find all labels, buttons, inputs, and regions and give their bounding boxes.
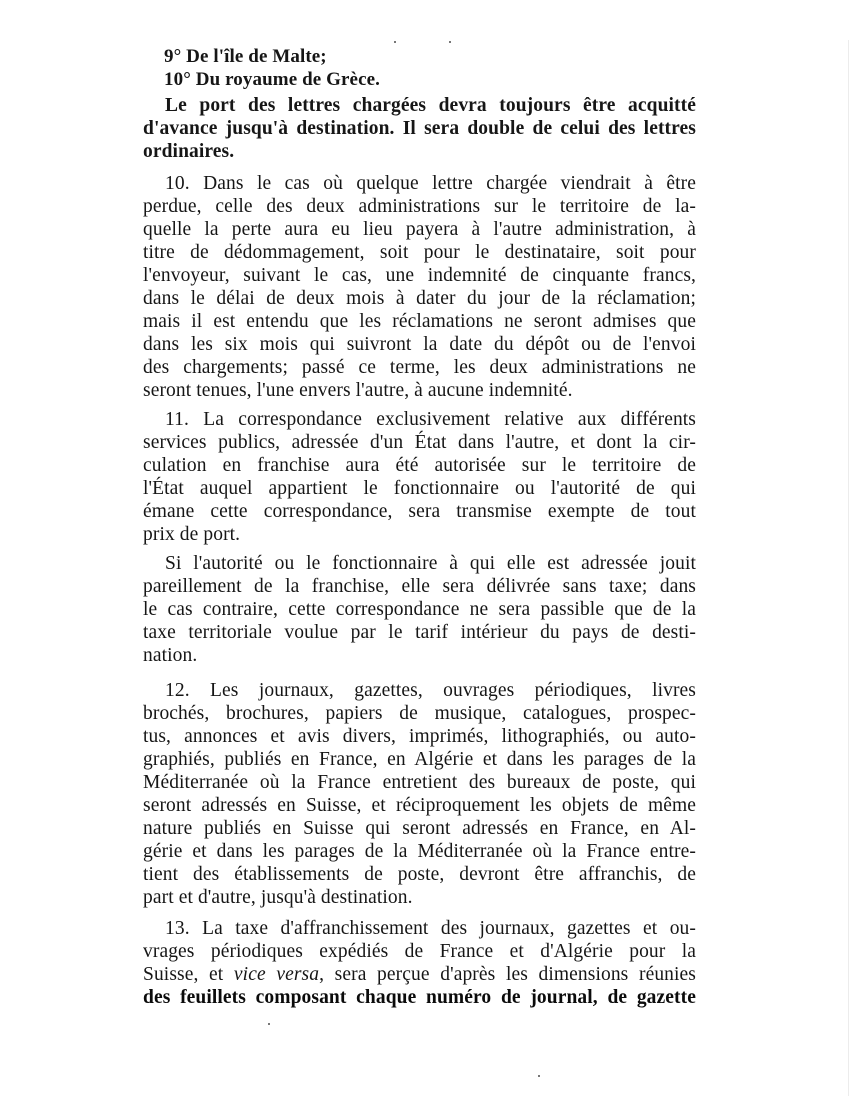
paragraph-line: dans les six mois qui suivront la date d…: [143, 333, 696, 356]
paragraph-line: Suisse, et vice versa, sera perçue d'apr…: [143, 963, 696, 986]
paragraph-line: Le port des lettres chargées devra toujo…: [165, 94, 696, 117]
paragraph-line: dans le délai de deux mois à dater du jo…: [143, 287, 696, 310]
paragraph-line: émane cette correspondance, sera transmi…: [143, 500, 696, 523]
paragraph-line: Méditerranée où la France entretient des…: [143, 771, 696, 794]
list-marker: 10°: [164, 69, 191, 90]
scan-speck: [268, 1023, 270, 1025]
paragraph-line: ordinaires.: [143, 140, 696, 163]
paragraph-line: nation.: [143, 644, 696, 667]
paragraph-line: culation en franchise aura été autorisée…: [143, 454, 696, 477]
paragraph-line: seront adressés en Suisse, et réciproque…: [143, 794, 696, 817]
paragraph-line: perdue, celle des deux administrations s…: [143, 195, 696, 218]
article-13-first-line: 13. La taxe d'affranchissement des journ…: [165, 917, 696, 940]
paragraph-line: brochés, brochures, papiers de musique, …: [143, 702, 696, 725]
article-11-first-line: 11. La correspondance exclusivement rela…: [165, 408, 696, 431]
list-text: De l'île de Malte;: [186, 46, 327, 67]
article-number: 11.: [165, 409, 189, 430]
article-10-first-line: 10. Dans le cas où quelque lettre chargé…: [165, 172, 696, 195]
list-item-grece: 10° Du royaume de Grèce.: [164, 68, 380, 91]
article-number: 12.: [165, 680, 190, 701]
list-marker: 9°: [164, 46, 181, 67]
scan-speck: [538, 1075, 540, 1077]
article-text: La correspondance exclusivement relative…: [203, 409, 696, 430]
paragraph-line: le cas contraire, cette correspondance n…: [143, 598, 696, 621]
paragraph-line: prix de port.: [143, 523, 696, 546]
scan-speck: [394, 41, 396, 43]
scan-speck: [449, 41, 451, 43]
paragraph-line: tus, annonces et avis divers, imprimés, …: [143, 725, 696, 748]
text-run: , sera perçue d'après les dimensions réu…: [319, 964, 696, 985]
scan-edge-line: [848, 40, 849, 1096]
text-run: Suisse, et: [143, 964, 234, 985]
paragraph-line: l'État auquel appartient le fonctionnair…: [143, 477, 696, 500]
paragraph-line: d'avance jusqu'à destination. Il sera do…: [143, 117, 696, 140]
paragraph-line: des chargements; passé ce terme, les deu…: [143, 356, 696, 379]
paragraph-line: des feuillets composant chaque numéro de…: [143, 986, 696, 1009]
article-number: 13.: [165, 918, 190, 939]
paragraph-line: titre de dédommagement, soit pour le des…: [143, 241, 696, 264]
paragraph-line: graphiés, publiés en France, en Algérie …: [143, 748, 696, 771]
article-text: Les journaux, gazettes, ouvrages périodi…: [210, 680, 696, 701]
paragraph-line: pareillement de la franchise, elle sera …: [143, 575, 696, 598]
paragraph-line: mais il est entendu que les réclamations…: [143, 310, 696, 333]
paragraph-line: nature publiés en Suisse qui seront adre…: [143, 817, 696, 840]
paragraph-line: Si l'autorité ou le fonctionnaire à qui …: [165, 552, 696, 575]
paragraph-line: taxe territoriale voulue par le tarif in…: [143, 621, 696, 644]
article-text: La taxe d'affranchissement des journaux,…: [202, 918, 696, 939]
book-page: 9° De l'île de Malte; 10° Du royaume de …: [0, 0, 851, 1096]
paragraph-line: quelle la perte aura eu lieu payera à l'…: [143, 218, 696, 241]
paragraph-line: seront tenues, l'une envers l'autre, à a…: [143, 379, 696, 402]
list-text: Du royaume de Grèce.: [196, 69, 380, 90]
article-12-first-line: 12. Les journaux, gazettes, ouvrages pér…: [165, 679, 696, 702]
italic-phrase: vice versa: [234, 964, 319, 985]
article-number: 10.: [165, 173, 190, 194]
paragraph-line: part et d'autre, jusqu'à destination.: [143, 886, 696, 909]
list-item-malte: 9° De l'île de Malte;: [164, 45, 327, 68]
paragraph-line: vrages périodiques expédiés de France et…: [143, 940, 696, 963]
paragraph-line: tient des établissements de poste, devro…: [143, 863, 696, 886]
paragraph-line: services publics, adressée d'un État dan…: [143, 431, 696, 454]
article-text: Dans le cas où quelque lettre chargée vi…: [203, 173, 696, 194]
paragraph-line: l'envoyeur, suivant le cas, une indemnit…: [143, 264, 696, 287]
paragraph-line: gérie et dans les parages de la Méditerr…: [143, 840, 696, 863]
